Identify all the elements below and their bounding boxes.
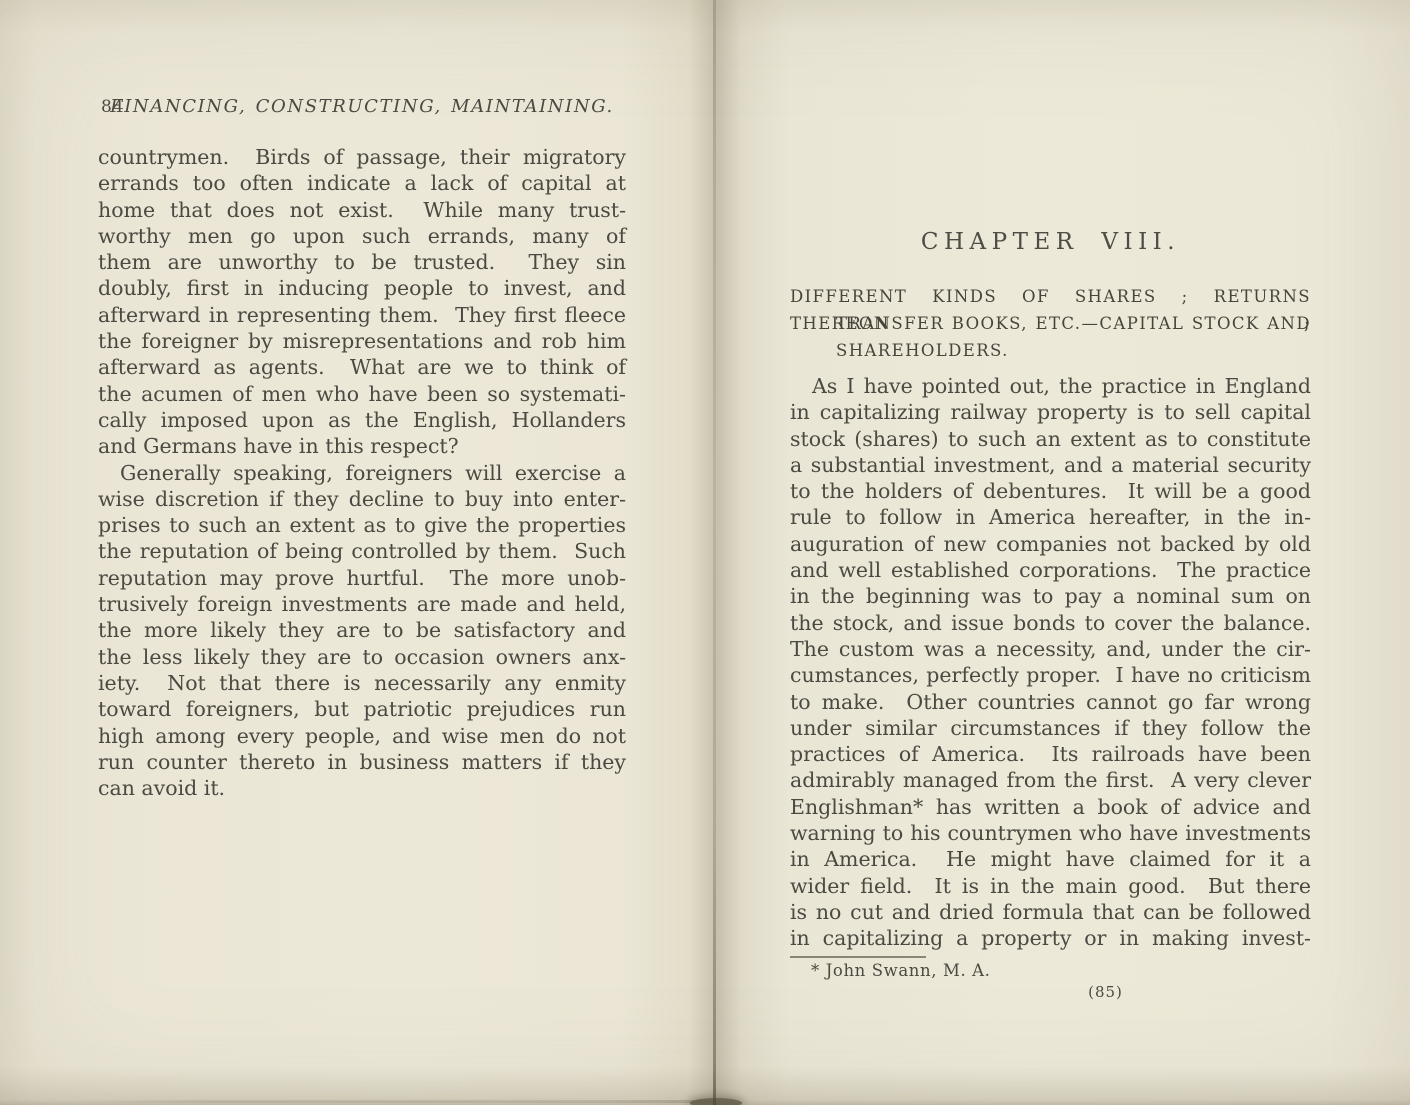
text-line: run counter thereto in business matters … [98,749,626,775]
text-line: warning to his countrymen who have inves… [790,820,1311,846]
text-line: practices of America. Its railroads have… [790,741,1311,767]
text-line: wise discretion if they decline to buy i… [98,486,626,512]
chapter-subtitle-line: SHAREHOLDERS. [790,337,1311,364]
chapter-subtitle-line: DIFFERENT KINDS OF SHARES ; RETURNS THER… [790,283,1311,310]
text-line: Generally speaking, foreigners will exer… [98,460,626,486]
text-line: cally imposed upon as the English, Holla… [98,407,626,433]
text-line: can avoid it. [98,775,626,801]
text-line: home that does not exist. While many tru… [98,197,626,223]
text-line: in capitalizing a property or in making … [790,925,1311,951]
text-line: As I have pointed out, the practice in E… [790,373,1311,399]
text-line: under similar circumstances if they foll… [790,715,1311,741]
text-line: and well established corporations. The p… [790,557,1311,583]
body-paragraph: As I have pointed out, the practice in E… [790,373,1311,952]
page-number-right: (85) [790,983,1311,1001]
body-paragraph: Generally speaking, foreigners will exer… [98,460,626,802]
text-line: to the holders of debentures. It will be… [790,478,1311,504]
body-paragraph: countrymen. Birds of passage, their migr… [98,144,626,460]
text-line: in America. He might have claimed for it… [790,846,1311,872]
text-line: iety. Not that there is necessarily any … [98,670,626,696]
text-line: in capitalizing railway property is to s… [790,399,1311,425]
footnote-rule [790,956,926,958]
text-line: Englishman* has written a book of advice… [790,794,1311,820]
text-line: stock (shares) to such an extent as to c… [790,426,1311,452]
text-line: the more likely they are to be satisfact… [98,617,626,643]
right-page: CHAPTER VIII. DIFFERENT KINDS OF SHARES … [790,228,1311,1001]
text-line: the reputation of being controlled by th… [98,538,626,564]
text-line: a substantial investment, and a material… [790,452,1311,478]
left-page: 84 FINANCING, CONSTRUCTING, MAINTAINING.… [98,96,626,801]
text-line: auguration of new companies not backed b… [790,531,1311,557]
text-line: worthy men go upon such errands, many of [98,223,626,249]
text-line: afterward in representing them. They fir… [98,302,626,328]
chapter-heading: CHAPTER VIII. [790,228,1311,256]
text-line: cumstances, perfectly proper. I have no … [790,662,1311,688]
running-header: FINANCING, CONSTRUCTING, MAINTAINING. [98,96,626,117]
text-line: rule to follow in America hereafter, in … [790,504,1311,530]
text-line: errands too often indicate a lack of cap… [98,170,626,196]
text-line: admirably managed from the first. A very… [790,767,1311,793]
text-line: the stock, and issue bonds to cover the … [790,610,1311,636]
chapter-subtitle: DIFFERENT KINDS OF SHARES ; RETURNS THER… [790,283,1311,364]
text-line: and Germans have in this respect? [98,433,626,459]
text-line: them are unworthy to be trusted. They si… [98,249,626,275]
text-line: the less likely they are to occasion own… [98,644,626,670]
text-line: is no cut and dried formula that can be … [790,899,1311,925]
text-line: reputation may prove hurtful. The more u… [98,565,626,591]
text-line: doubly, first in inducing people to inve… [98,275,626,301]
text-line: countrymen. Birds of passage, their migr… [98,144,626,170]
text-line: the foreigner by misrepresentations and … [98,328,626,354]
text-line: trusively foreign investments are made a… [98,591,626,617]
text-line: high among every people, and wise men do… [98,723,626,749]
text-line: in the beginning was to pay a nominal su… [790,583,1311,609]
text-line: the acumen of men who have been so syste… [98,381,626,407]
page-bottom-edge [85,1100,715,1103]
book-spread: 84 FINANCING, CONSTRUCTING, MAINTAINING.… [0,0,1410,1105]
text-line: toward foreigners, but patriotic prejudi… [98,696,626,722]
page-number-left: 84 [101,97,125,117]
left-page-body: countrymen. Birds of passage, their migr… [98,144,626,801]
footnote: * John Swann, M. A. [790,960,1311,982]
book-gutter-shadow [713,0,716,1105]
text-line: prises to such an extent as to give the … [98,512,626,538]
right-page-body: As I have pointed out, the practice in E… [790,373,1311,952]
left-page-header: 84 FINANCING, CONSTRUCTING, MAINTAINING. [98,96,626,118]
text-line: afterward as agents. What are we to thin… [98,354,626,380]
chapter-subtitle-line: TRANSFER BOOKS, ETC.—CAPITAL STOCK AND [790,310,1311,337]
text-line: wider field. It is in the main good. But… [790,873,1311,899]
text-line: to make. Other countries cannot go far w… [790,689,1311,715]
text-line: The custom was a necessity, and, under t… [790,636,1311,662]
